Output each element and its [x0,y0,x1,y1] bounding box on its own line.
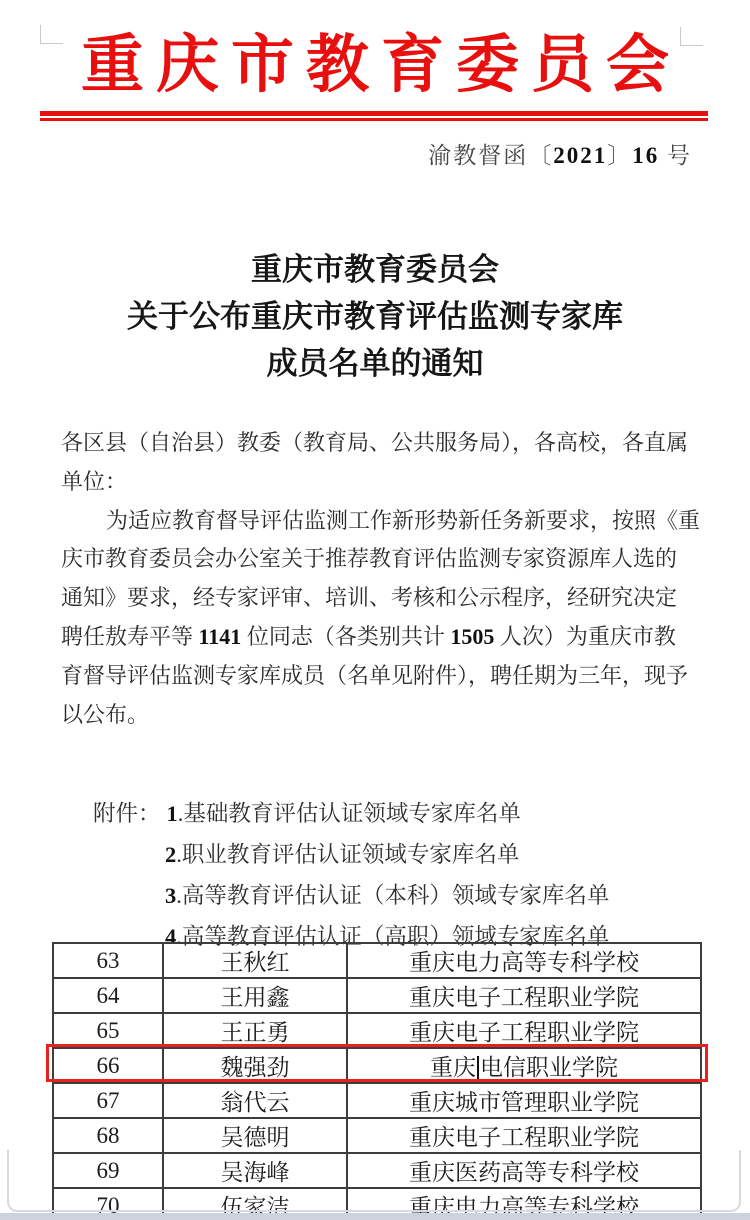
body-line: 以公布。 [61,696,721,735]
name-cell[interactable]: 王正勇 [163,1013,347,1048]
text-cursor [477,1056,479,1079]
table-row: 68吴德明重庆电子工程职业学院 [53,1118,701,1153]
table-row: 63王秋红重庆电力高等专科学校 [53,943,701,978]
document-page: 重庆市教育委员会 渝教督函〔2021〕16 号 重庆市教育委员会 关于公布重庆市… [0,0,750,1220]
notice-title-line: 成员名单的通知 [0,340,750,387]
name-cell[interactable]: 王秋红 [163,943,347,978]
attachment-item: 2.职业教育评估认证领域专家库名单 [93,834,609,875]
row-number-cell[interactable]: 65 [53,1013,163,1048]
name-cell[interactable]: 翁代云 [163,1083,347,1118]
school-cell[interactable]: 重庆电子工程职业学院 [347,1118,701,1153]
page-bottom-edge [7,1150,741,1212]
row-number-cell[interactable]: 64 [53,978,163,1013]
letterhead-divider [40,111,708,121]
school-cell[interactable]: 重庆电子工程职业学院 [347,1013,701,1048]
row-number-cell[interactable]: 67 [53,1083,163,1118]
name-cell[interactable]: 吴德明 [163,1118,347,1153]
attachment-item: 1.基础教育评估认证领域专家库名单 [167,801,521,826]
name-cell[interactable]: 王用鑫 [163,978,347,1013]
bottom-band [0,1213,750,1220]
document-number: 渝教督函〔2021〕16 号 [428,137,692,170]
table-row: 67翁代云重庆城市管理职业学院 [53,1083,701,1118]
body-text: 各区县（自治县）教委（教育局、公共服务局），各高校，各直属 单位： 为适应教育督… [61,424,721,734]
body-line: 通知》要求，经专家评审、培训、考核和公示程序，经研究决定 [61,579,721,618]
attachment-item: 3.高等教育评估认证（本科）领域专家库名单 [93,875,609,916]
school-cell[interactable]: 重庆城市管理职业学院 [347,1083,701,1118]
row-number-cell[interactable]: 68 [53,1118,163,1153]
attachments-block: 附件：1.基础教育评估认证领域专家库名单 2.职业教育评估认证领域专家库名单 3… [93,793,609,957]
row-number-cell[interactable]: 63 [53,943,163,978]
name-cell[interactable]: 魏强劲 [163,1048,347,1083]
letterhead-title: 重庆市教育委员会 [0,14,750,105]
notice-title: 重庆市教育委员会 关于公布重庆市教育评估监测专家库 成员名单的通知 [0,246,750,387]
table-row-highlighted: 66魏强劲重庆电信职业学院 [53,1048,701,1083]
salutation-line: 各区县（自治县）教委（教育局、公共服务局），各高校，各直属 [61,424,721,463]
row-number-cell[interactable]: 66 [53,1048,163,1083]
table-row: 64王用鑫重庆电子工程职业学院 [53,978,701,1013]
table-row: 65王正勇重庆电子工程职业学院 [53,1013,701,1048]
body-line: 育督导评估监测专家库成员（名单见附件），聘任期为三年，现予 [61,657,721,696]
body-line: 为适应教育督导评估监测工作新形势新任务新要求，按照《重 [61,502,721,541]
attachments-label: 附件： [93,801,161,826]
school-cell[interactable]: 重庆电信职业学院 [347,1048,701,1083]
body-line: 庆市教育委员会办公室关于推荐教育评估监测专家资源库人选的 [61,540,721,579]
body-line: 聘任敖寿平等 1141 位同志（各类别共计 1505 人次）为重庆市教 [61,618,721,657]
notice-title-line: 重庆市教育委员会 [0,246,750,293]
salutation-line: 单位： [61,463,721,502]
school-cell[interactable]: 重庆电子工程职业学院 [347,978,701,1013]
notice-title-line: 关于公布重庆市教育评估监测专家库 [0,293,750,340]
school-cell[interactable]: 重庆电力高等专科学校 [347,943,701,978]
